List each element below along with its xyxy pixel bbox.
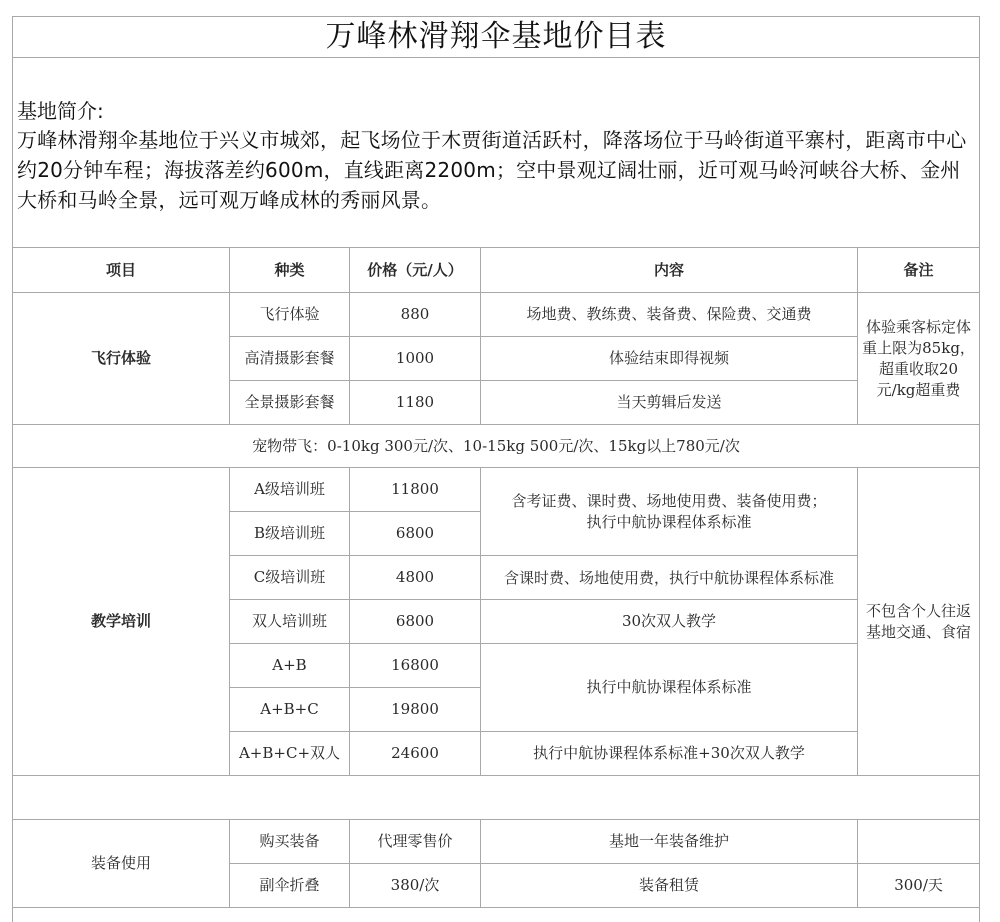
price-cell: 4800 bbox=[350, 556, 481, 600]
cropped-footer-row bbox=[13, 908, 980, 922]
type-cell: A+B+C+双人 bbox=[230, 732, 350, 776]
content-cell: 含考证费、课时费、场地使用费、装备使用费；执行中航协课程体系标准 bbox=[481, 468, 858, 556]
type-cell: A+B bbox=[230, 644, 350, 688]
table-header-row: 项目 种类 价格（元/人） 内容 备注 bbox=[13, 248, 980, 293]
category-equipment: 装备使用 bbox=[13, 820, 230, 908]
intro-section: 基地简介: 万峰林滑翔伞基地位于兴义市城郊，起飞场位于木贾街道活跃村，降落场位于… bbox=[13, 58, 980, 248]
blank-row bbox=[13, 776, 980, 820]
note-training: 不包含个人往返基地交通、食宿 bbox=[858, 468, 980, 776]
price-cell: 16800 bbox=[350, 644, 481, 688]
header-price: 价格（元/人） bbox=[350, 248, 481, 293]
content-cell: 体验结束即得视频 bbox=[481, 337, 858, 381]
header-content: 内容 bbox=[481, 248, 858, 293]
price-cell: 11800 bbox=[350, 468, 481, 512]
table-row: 装备使用 购买装备 代理零售价 基地一年装备维护 bbox=[13, 820, 980, 864]
type-cell: A+B+C bbox=[230, 688, 350, 732]
intro-body: 万峰林滑翔伞基地位于兴义市城郊，起飞场位于木贾街道活跃村，降落场位于马岭街道平寨… bbox=[17, 125, 975, 215]
header-note: 备注 bbox=[858, 248, 980, 293]
page-title: 万峰林滑翔伞基地价目表 bbox=[13, 17, 980, 58]
content-cell: 30次双人教学 bbox=[481, 600, 858, 644]
content-cell: 装备租赁 bbox=[481, 864, 858, 908]
content-cell: 基地一年装备维护 bbox=[481, 820, 858, 864]
note-cell: 300/天 bbox=[858, 864, 980, 908]
type-cell: 全景摄影套餐 bbox=[230, 381, 350, 425]
type-cell: 购买装备 bbox=[230, 820, 350, 864]
price-cell: 6800 bbox=[350, 512, 481, 556]
price-table: 万峰林滑翔伞基地价目表 基地简介: 万峰林滑翔伞基地位于兴义市城郊，起飞场位于木… bbox=[12, 16, 980, 922]
price-cell: 380/次 bbox=[350, 864, 481, 908]
pet-flight-note: 宠物带飞：0-10kg 300元/次、10-15kg 500元/次、15kg以上… bbox=[13, 425, 980, 468]
price-cell: 1180 bbox=[350, 381, 481, 425]
price-cell: 24600 bbox=[350, 732, 481, 776]
type-cell: 高清摄影套餐 bbox=[230, 337, 350, 381]
price-cell: 代理零售价 bbox=[350, 820, 481, 864]
content-cell: 场地费、教练费、装备费、保险费、交通费 bbox=[481, 293, 858, 337]
category-flight: 飞行体验 bbox=[13, 293, 230, 425]
header-type: 种类 bbox=[230, 248, 350, 293]
intro-label: 基地简介: bbox=[17, 98, 975, 125]
note-cell bbox=[858, 820, 980, 864]
table-row: 飞行体验 飞行体验 880 场地费、教练费、装备费、保险费、交通费 体验乘客标定… bbox=[13, 293, 980, 337]
price-cell: 880 bbox=[350, 293, 481, 337]
note-flight: 体验乘客标定体重上限为85kg，超重收取20元/kg超重费 bbox=[858, 293, 980, 425]
content-cell: 当天剪辑后发送 bbox=[481, 381, 858, 425]
content-cell: 执行中航协课程体系标准 bbox=[481, 644, 858, 732]
type-cell: C级培训班 bbox=[230, 556, 350, 600]
type-cell: B级培训班 bbox=[230, 512, 350, 556]
type-cell: 双人培训班 bbox=[230, 600, 350, 644]
content-cell: 含课时费、场地使用费，执行中航协课程体系标准 bbox=[481, 556, 858, 600]
content-cell: 执行中航协课程体系标准+30次双人教学 bbox=[481, 732, 858, 776]
category-training: 教学培训 bbox=[13, 468, 230, 776]
type-cell: 副伞折叠 bbox=[230, 864, 350, 908]
price-list-sheet: 万峰林滑翔伞基地价目表 基地简介: 万峰林滑翔伞基地位于兴义市城郊，起飞场位于木… bbox=[12, 16, 979, 922]
price-cell: 19800 bbox=[350, 688, 481, 732]
header-item: 项目 bbox=[13, 248, 230, 293]
table-row: 教学培训 A级培训班 11800 含考证费、课时费、场地使用费、装备使用费；执行… bbox=[13, 468, 980, 512]
type-cell: 飞行体验 bbox=[230, 293, 350, 337]
price-cell: 1000 bbox=[350, 337, 481, 381]
price-cell: 6800 bbox=[350, 600, 481, 644]
type-cell: A级培训班 bbox=[230, 468, 350, 512]
